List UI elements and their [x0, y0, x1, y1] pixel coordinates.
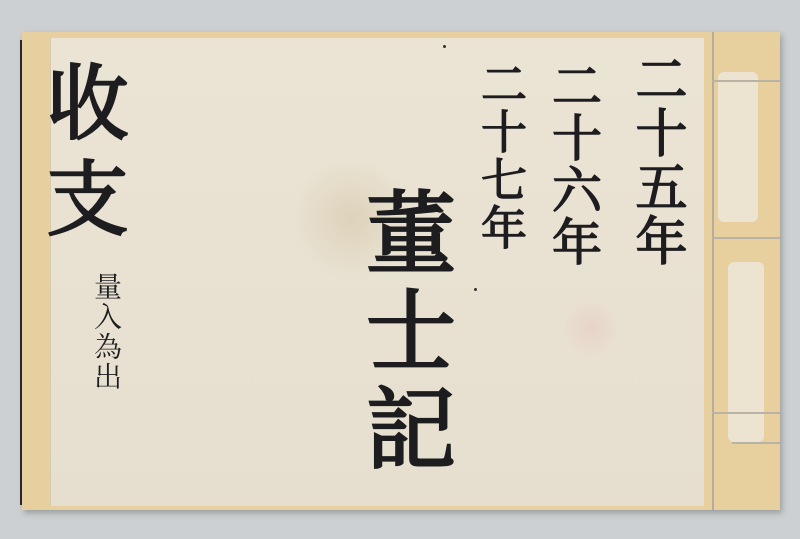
- binding-thread: [712, 80, 780, 82]
- binding-thread: [712, 237, 780, 239]
- worn-patch: [718, 72, 758, 222]
- worn-patch: [728, 262, 764, 442]
- subtitle: 量入為出: [92, 272, 120, 392]
- year-2: 二十六年: [548, 60, 598, 268]
- year-3: 二十七年: [478, 60, 524, 252]
- ink-speck: [474, 288, 477, 291]
- year-1: 二十五年: [630, 52, 682, 268]
- binding-thread: [732, 442, 780, 444]
- main-title: 收支: [40, 60, 122, 252]
- binding-thread-vertical: [712, 32, 714, 510]
- binding-thread: [712, 412, 780, 414]
- author-name: 董士記: [358, 186, 448, 480]
- stitched-binding: [704, 32, 780, 510]
- ink-speck: [443, 45, 446, 48]
